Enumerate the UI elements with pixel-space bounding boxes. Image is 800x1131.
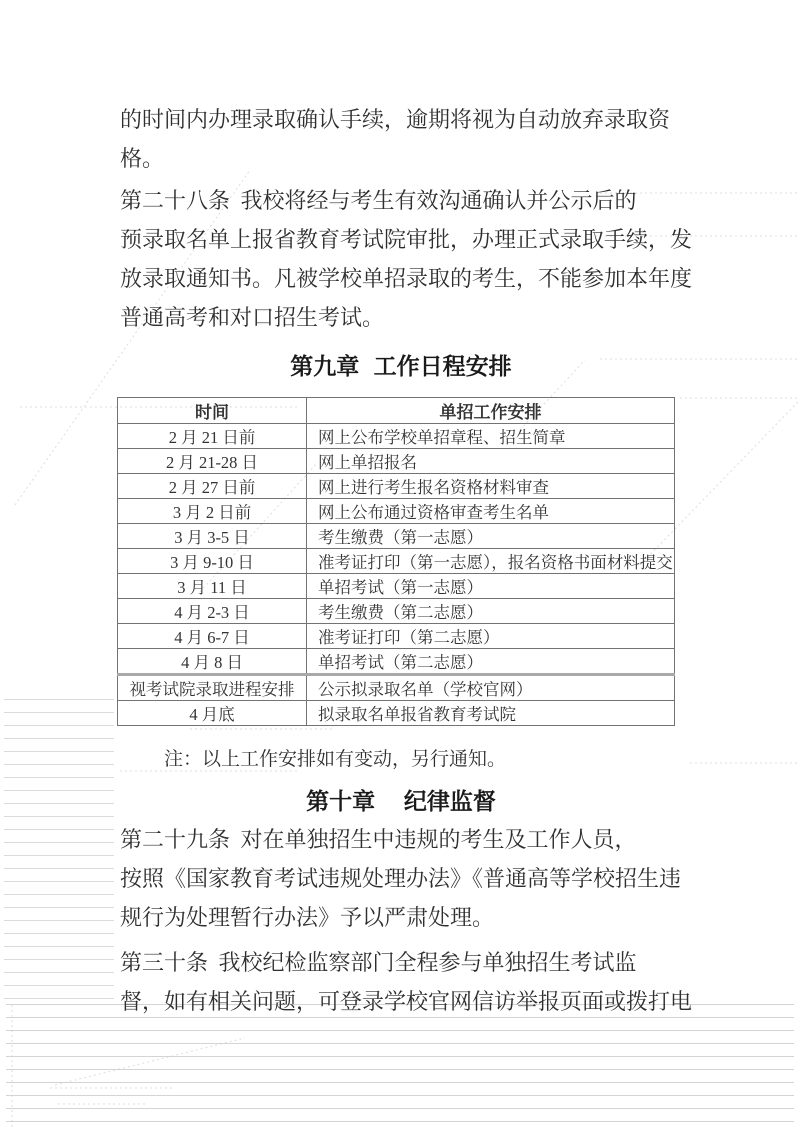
text-line: 的时间内办理录取确认手续，逾期将视为自动放弃录取资: [120, 100, 682, 139]
task-cell: 网上公布通过资格审查考生名单: [307, 499, 675, 524]
task-cell: 单招考试（第一志愿）: [307, 574, 675, 599]
time-cell: 3 月 3-5 日: [118, 524, 307, 549]
scan-texture-left: [4, 699, 114, 1003]
task-cell: 网上单招报名: [307, 449, 675, 474]
text-line: 第三十条 我校纪检监察部门全程参与单独招生考试监: [120, 943, 682, 982]
table-note: 注：以上工作安排如有变动，另行通知。: [120, 746, 682, 773]
time-cell: 2 月 21 日前: [118, 424, 307, 449]
time-cell: 2 月 21-28 日: [118, 449, 307, 474]
text-line: 格。: [120, 139, 682, 178]
chapter-10-title: 第十章 纪律监督: [120, 786, 682, 817]
text-line: 第二十八条 我校将经与考生有效沟通确认并公示后的: [120, 181, 682, 220]
task-cell: 单招考试（第二志愿）: [307, 649, 675, 675]
text-column: 的时间内办理录取确认手续，逾期将视为自动放弃录取资 格。 第二十八条 我校将经与…: [120, 100, 682, 1021]
table-row: 视考试院录取进程安排 公示拟录取名单（学校官网）: [118, 675, 675, 701]
table-row: 3 月 2 日前 网上公布通过资格审查考生名单: [118, 499, 675, 524]
task-cell: 网上进行考生报名资格材料审查: [307, 474, 675, 499]
text-line: 第二十九条 对在单独招生中违规的考生及工作人员，: [120, 820, 682, 859]
time-cell: 视考试院录取进程安排: [118, 675, 307, 701]
table-header-row: 时间 单招工作安排: [118, 398, 675, 424]
table-row: 3 月 9-10 日 准考证打印（第一志愿），报名资格书面材料提交: [118, 549, 675, 574]
article-30-paragraph: 第三十条 我校纪检监察部门全程参与单独招生考试监 督，如有相关问题，可登录学校官…: [120, 943, 682, 1021]
chapter-9-title: 第九章 工作日程安排: [120, 345, 682, 387]
paragraph-continuation: 的时间内办理录取确认手续，逾期将视为自动放弃录取资 格。: [120, 100, 682, 178]
time-cell: 4 月 2-3 日: [118, 599, 307, 624]
time-cell: 4 月 8 日: [118, 649, 307, 675]
table-row: 2 月 21 日前 网上公布学校单招章程、招生简章: [118, 424, 675, 449]
scan-texture-bottom: [6, 1004, 794, 1128]
task-cell: 准考证打印（第二志愿）: [307, 624, 675, 649]
text-line: 规行为处理暂行办法》予以严肃处理。: [120, 898, 682, 937]
task-cell: 准考证打印（第一志愿），报名资格书面材料提交: [307, 549, 675, 574]
text-line: 放录取通知书。凡被学校单招录取的考生，不能参加本年度: [120, 259, 682, 298]
task-cell: 考生缴费（第一志愿）: [307, 524, 675, 549]
document-page: 的时间内办理录取确认手续，逾期将视为自动放弃录取资 格。 第二十八条 我校将经与…: [0, 0, 800, 1131]
table-row: 4 月 6-7 日 准考证打印（第二志愿）: [118, 624, 675, 649]
table-row: 3 月 3-5 日 考生缴费（第一志愿）: [118, 524, 675, 549]
time-cell: 3 月 11 日: [118, 574, 307, 599]
time-cell: 3 月 2 日前: [118, 499, 307, 524]
task-cell: 拟录取名单报省教育考试院: [307, 701, 675, 726]
time-cell: 2 月 27 日前: [118, 474, 307, 499]
task-cell: 网上公布学校单招章程、招生简章: [307, 424, 675, 449]
table-row: 3 月 11 日 单招考试（第一志愿）: [118, 574, 675, 599]
table-row: 2 月 21-28 日 网上单招报名: [118, 449, 675, 474]
article-29-paragraph: 第二十九条 对在单独招生中违规的考生及工作人员， 按照《国家教育考试违规处理办法…: [120, 820, 682, 937]
time-cell: 4 月底: [118, 701, 307, 726]
text-line: 按照《国家教育考试违规处理办法》《普通高等学校招生违: [120, 859, 682, 898]
text-line: 预录取名单上报省教育考试院审批，办理正式录取手续，发: [120, 220, 682, 259]
time-cell: 3 月 9-10 日: [118, 549, 307, 574]
header-cell-time: 时间: [118, 398, 307, 424]
time-cell: 4 月 6-7 日: [118, 624, 307, 649]
text-line: 普通高考和对口招生考试。: [120, 298, 682, 337]
schedule-table: 时间 单招工作安排 2 月 21 日前 网上公布学校单招章程、招生简章 2 月 …: [117, 397, 675, 726]
article-28-paragraph: 第二十八条 我校将经与考生有效沟通确认并公示后的 预录取名单上报省教育考试院审批…: [120, 181, 682, 337]
schedule-table-head: 时间 单招工作安排: [118, 398, 675, 424]
text-line: 督，如有相关问题，可登录学校官网信访举报页面或拨打电: [120, 982, 682, 1021]
table-row: 4 月 2-3 日 考生缴费（第二志愿）: [118, 599, 675, 624]
header-cell-task: 单招工作安排: [307, 398, 675, 424]
task-cell: 公示拟录取名单（学校官网）: [307, 675, 675, 701]
table-row: 4 月 8 日 单招考试（第二志愿）: [118, 649, 675, 675]
table-row: 2 月 27 日前 网上进行考生报名资格材料审查: [118, 474, 675, 499]
task-cell: 考生缴费（第二志愿）: [307, 599, 675, 624]
table-row: 4 月底 拟录取名单报省教育考试院: [118, 701, 675, 726]
schedule-table-body: 2 月 21 日前 网上公布学校单招章程、招生简章 2 月 21-28 日 网上…: [118, 424, 675, 726]
